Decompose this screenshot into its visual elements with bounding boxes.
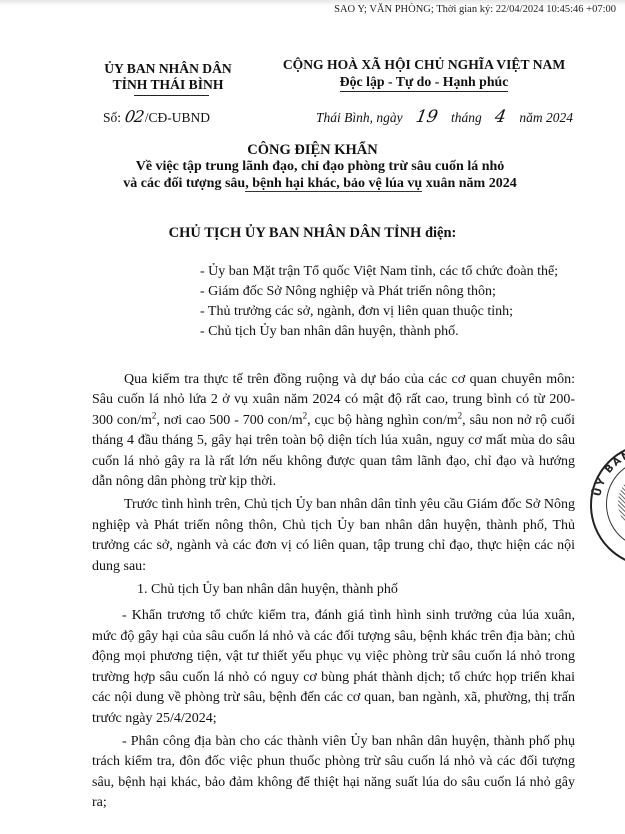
- digital-signature-stamp: SAO Y; VĂN PHÒNG; Thời gian ký: 22/04/20…: [334, 4, 616, 15]
- section-1-bullet: - Khẩn trương tổ chức kiểm tra, đánh giá…: [92, 606, 575, 728]
- national-header: CỘNG HOÀ XÃ HỘI CHỦ NGHĨA VIỆT NAM Độc l…: [274, 56, 574, 90]
- recipient-item: - Giám đốc Sở Nông nghiệp và Phát triển …: [200, 282, 558, 302]
- subject-line-2-underlined: , bệnh hại khác, bảo vệ lúa vụ: [245, 176, 422, 192]
- issuer-line-1: ỦY BAN NHÂN DÂN: [80, 61, 256, 77]
- month-label: tháng: [451, 110, 482, 125]
- recipient-item: - Chủ tịch Ủy ban nhân dân huyện, thành …: [200, 322, 558, 342]
- issuer-line-2: TỈNH THÁI BÌNH: [113, 77, 224, 93]
- official-seal-stamp: ỦY BAN NHÂN D: [590, 443, 625, 567]
- subject-line-2-part-a: và các đối tượng sâu: [123, 176, 245, 191]
- place-prefix: Thái Bình, ngày: [316, 110, 403, 125]
- document-type-title: CÔNG ĐIỆN KHẨN: [0, 142, 625, 159]
- sender-line: CHỦ TỊCH ỦY BAN NHÂN DÂN TỈNH điện:: [0, 225, 625, 242]
- section-1-bullet: - Phân công địa bàn cho các thành viên Ủ…: [92, 732, 575, 814]
- para1-text-b: , nơi cao 500 - 700 con/m: [156, 413, 302, 428]
- doc-number-handwritten: 02: [124, 107, 145, 126]
- recipient-item: - Thủ trưởng các sở, ngành, đơn vị liên …: [200, 302, 558, 322]
- seal-ring-text: ỦY BAN NHÂN D: [590, 443, 625, 563]
- issuer-block: ỦY BAN NHÂN DÂN TỈNH THÁI BÌNH: [80, 61, 256, 93]
- paragraph-situation: Qua kiểm tra thực tế trên đồng ruộng và …: [92, 370, 575, 492]
- section-1-heading: 1. Chủ tịch Ủy ban nhân dân huyện, thành…: [92, 580, 575, 600]
- para1-text-c: , cục bộ hàng nghìn con/m: [307, 413, 458, 428]
- subject-line-2: và các đối tượng sâu, bệnh hại khác, bảo…: [60, 175, 580, 192]
- national-motto: Độc lập - Tự do - Hạnh phúc: [340, 73, 509, 90]
- recipient-item: - Ủy ban Mặt trận Tổ quốc Việt Nam tỉnh,…: [200, 262, 558, 282]
- handwritten-day: 19: [414, 107, 439, 127]
- place-and-date: Thái Bình, ngày 19 tháng 4 năm 2024: [316, 107, 573, 127]
- recipients-list: - Ủy ban Mặt trận Tổ quốc Việt Nam tỉnh,…: [200, 262, 558, 342]
- paragraph-request: Trước tình hình trên, Chủ tịch Ủy ban nh…: [92, 495, 575, 577]
- document-number: Số: 02/CĐ-UBND: [103, 107, 210, 126]
- subject-line-2-part-c: xuân năm 2024: [422, 176, 517, 191]
- doc-number-prefix: Số:: [103, 110, 121, 125]
- year-label: năm 2024: [519, 110, 573, 125]
- handwritten-month: 4: [493, 107, 507, 127]
- svg-text:ỦY BAN NHÂN D: ỦY BAN NHÂN D: [590, 444, 625, 498]
- subject-line-1: Về việc tập trung lãnh đạo, chỉ đạo phòn…: [60, 158, 580, 175]
- document-body: Qua kiểm tra thực tế trên đồng ruộng và …: [92, 370, 575, 817]
- document-subject: Về việc tập trung lãnh đạo, chỉ đạo phòn…: [60, 158, 580, 192]
- nation-title: CỘNG HOÀ XÃ HỘI CHỦ NGHĨA VIỆT NAM: [274, 56, 574, 73]
- doc-number-suffix: /CĐ-UBND: [145, 110, 210, 125]
